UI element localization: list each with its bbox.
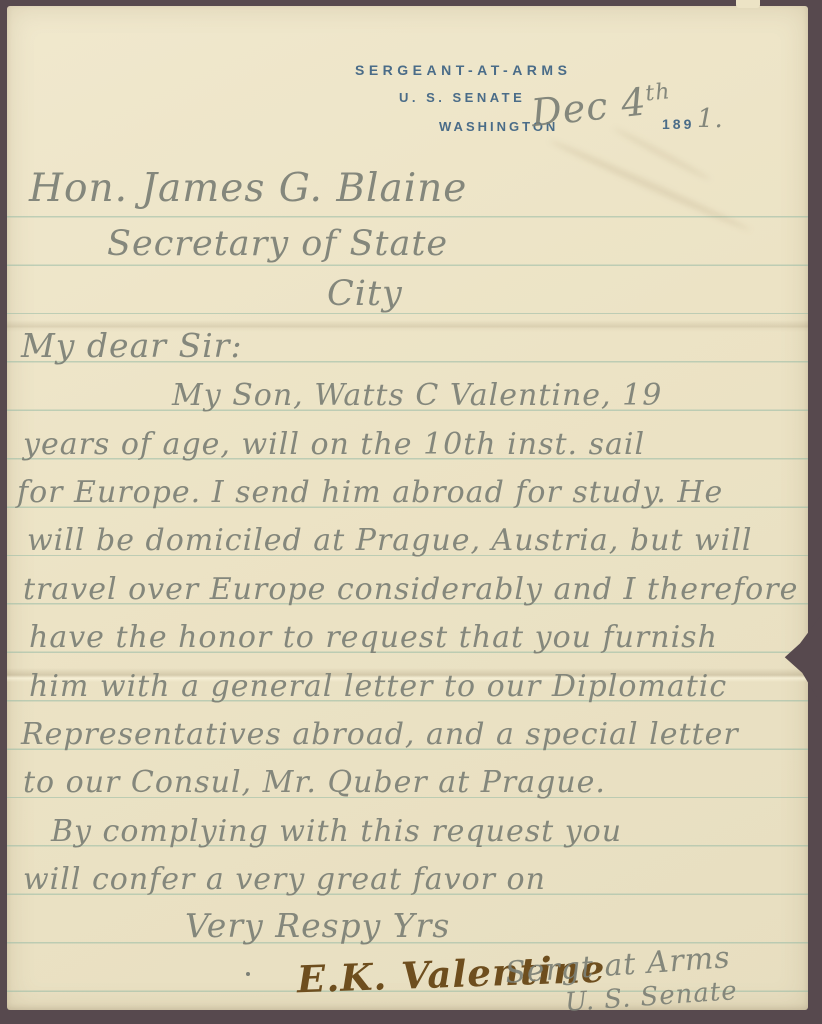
body-line: will confer a very great favor on	[23, 862, 546, 897]
letter-paper: SERGEANT-AT-ARMS U. S. SENATE WASHINGTON…	[7, 6, 808, 1010]
body-line: Representatives abroad, and a special le…	[21, 717, 739, 752]
letterhead-office: SERGEANT-AT-ARMS	[355, 62, 571, 78]
body-line: for Europe. I send him abroad for study.…	[17, 475, 723, 510]
body-line: My Son, Watts C Valentine, 19	[172, 378, 662, 413]
scanned-letter-background: SERGEANT-AT-ARMS U. S. SENATE WASHINGTON…	[0, 0, 822, 1024]
recipient-name: Hon. James G. Blaine	[29, 166, 467, 211]
body-line: have the honor to request that you furni…	[29, 620, 718, 655]
letterhead-organization: U. S. SENATE	[399, 90, 525, 105]
paper-edge-notch	[736, 0, 760, 8]
date-day: Dec 4	[529, 79, 648, 135]
salutation: My dear Sir:	[21, 326, 243, 365]
paper-stain	[548, 138, 752, 234]
body-line: him with a general letter to our Diploma…	[29, 669, 727, 704]
handwritten-year-digit: 1.	[697, 104, 724, 134]
handwritten-date: Dec 4th	[529, 77, 673, 135]
body-line: By complying with this request you	[51, 814, 622, 849]
paper-stain	[612, 126, 712, 183]
valediction: Very Respy Yrs	[185, 906, 450, 945]
recipient-title: Secretary of State	[107, 224, 448, 264]
recipient-city: City	[327, 274, 403, 314]
body-line: years of age, will on the 10th inst. sai…	[23, 427, 645, 462]
ink-dot	[246, 972, 250, 976]
body-line: will be domiciled at Prague, Austria, bu…	[27, 523, 752, 558]
body-line: to our Consul, Mr. Quber at Prague.	[23, 765, 606, 800]
body-line: travel over Europe considerably and I th…	[23, 572, 798, 607]
letterhead-year-printed: 189	[662, 116, 694, 132]
date-ordinal: th	[644, 79, 671, 106]
